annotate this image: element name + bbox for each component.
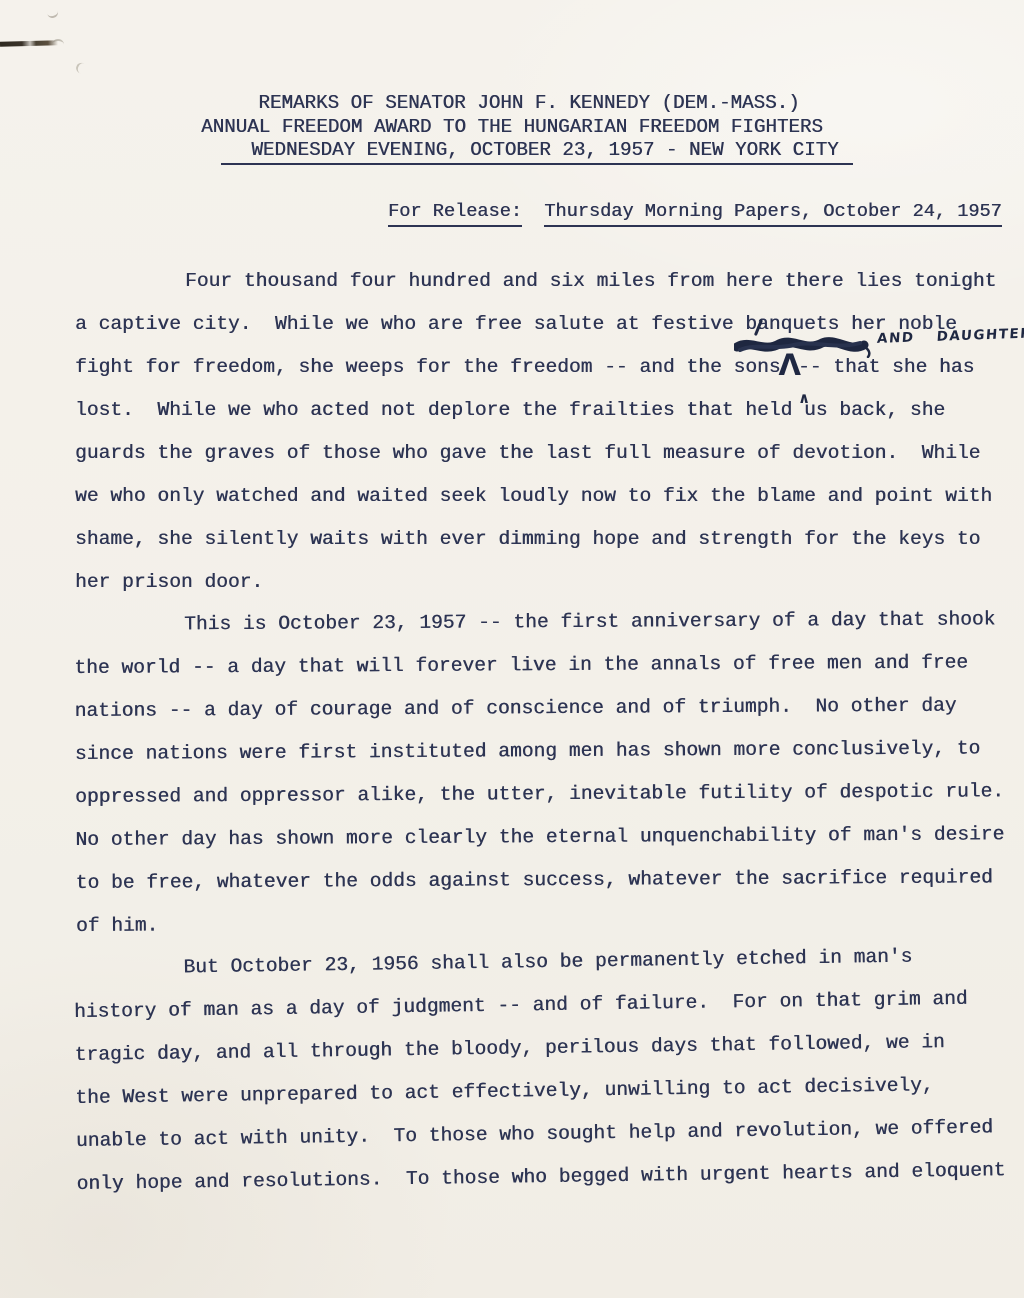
speech-body: Four thousand four hundred and six miles…: [75, 260, 1020, 1206]
body-line: to be free, whatever the odds against su…: [76, 856, 1021, 905]
paragraph-1: Four thousand four hundred and six miles…: [75, 260, 1020, 604]
body-line-text: -- that she has∧: [798, 356, 974, 378]
paragraph-3: But October 23, 1956 shall also be perma…: [73, 934, 1022, 1206]
header-title-line-1: REMARKS OF SENATOR JOHN F. KENNEDY (DEM.…: [179, 92, 879, 116]
paragraph-2: This is October 23, 1957 -- the first an…: [74, 598, 1021, 948]
body-line-text: fight for freedom, she weeps for the fre…: [75, 356, 781, 378]
document-page: REMARKS OF SENATOR JOHN F. KENNEDY (DEM.…: [0, 0, 1024, 1298]
body-line: No other day has shown more clearly the …: [75, 813, 1020, 862]
scribbled-out-word: [734, 334, 878, 358]
release-label: For Release:: [388, 201, 522, 227]
body-line: her prison door.: [75, 561, 1020, 604]
torn-edge-mark: [0, 40, 58, 47]
body-line: the world -- a day that will forever liv…: [74, 641, 1019, 690]
small-caret-icon: ∧: [798, 377, 810, 420]
body-line: This is October 23, 1957 -- the first an…: [74, 598, 1019, 647]
release-line: For Release: Thursday Morning Papers, Oc…: [388, 201, 1002, 223]
release-gap: [522, 201, 544, 222]
body-line: lost. While we who acted not deplore the…: [75, 389, 1020, 432]
scan-smudge: [75, 61, 91, 76]
header-underlined-text: WEDNESDAY EVENING, OCTOBER 23, 1957 - NE…: [221, 139, 852, 165]
body-line: Four thousand four hundred and six miles…: [75, 260, 1020, 303]
body-line: oppressed and oppressor alike, the utter…: [75, 770, 1020, 819]
release-value: Thursday Morning Papers, October 24, 195…: [544, 201, 1001, 227]
body-line: we who only watched and waited seek loud…: [75, 475, 1020, 518]
body-line: nations -- a day of courage and of consc…: [74, 684, 1019, 733]
scan-smudge: [46, 6, 59, 19]
body-line-text: -- that she has: [798, 356, 974, 378]
body-line: guards the graves of those who gave the …: [75, 432, 1020, 475]
body-line: shame, she silently waits with ever dimm…: [75, 518, 1020, 561]
body-line: since nations were first instituted amon…: [75, 727, 1020, 776]
scan-smudge: [52, 39, 64, 50]
header-title-line-3: WEDNESDAY EVENING, OCTOBER 23, 1957 - NE…: [187, 139, 887, 163]
body-line-with-insertion: fight for freedom, she weeps for the fre…: [75, 346, 1020, 389]
header-title-line-2: ANNUAL FREEDOM AWARD TO THE HUNGARIAN FR…: [162, 116, 862, 140]
document-header: REMARKS OF SENATOR JOHN F. KENNEDY (DEM.…: [162, 92, 862, 163]
